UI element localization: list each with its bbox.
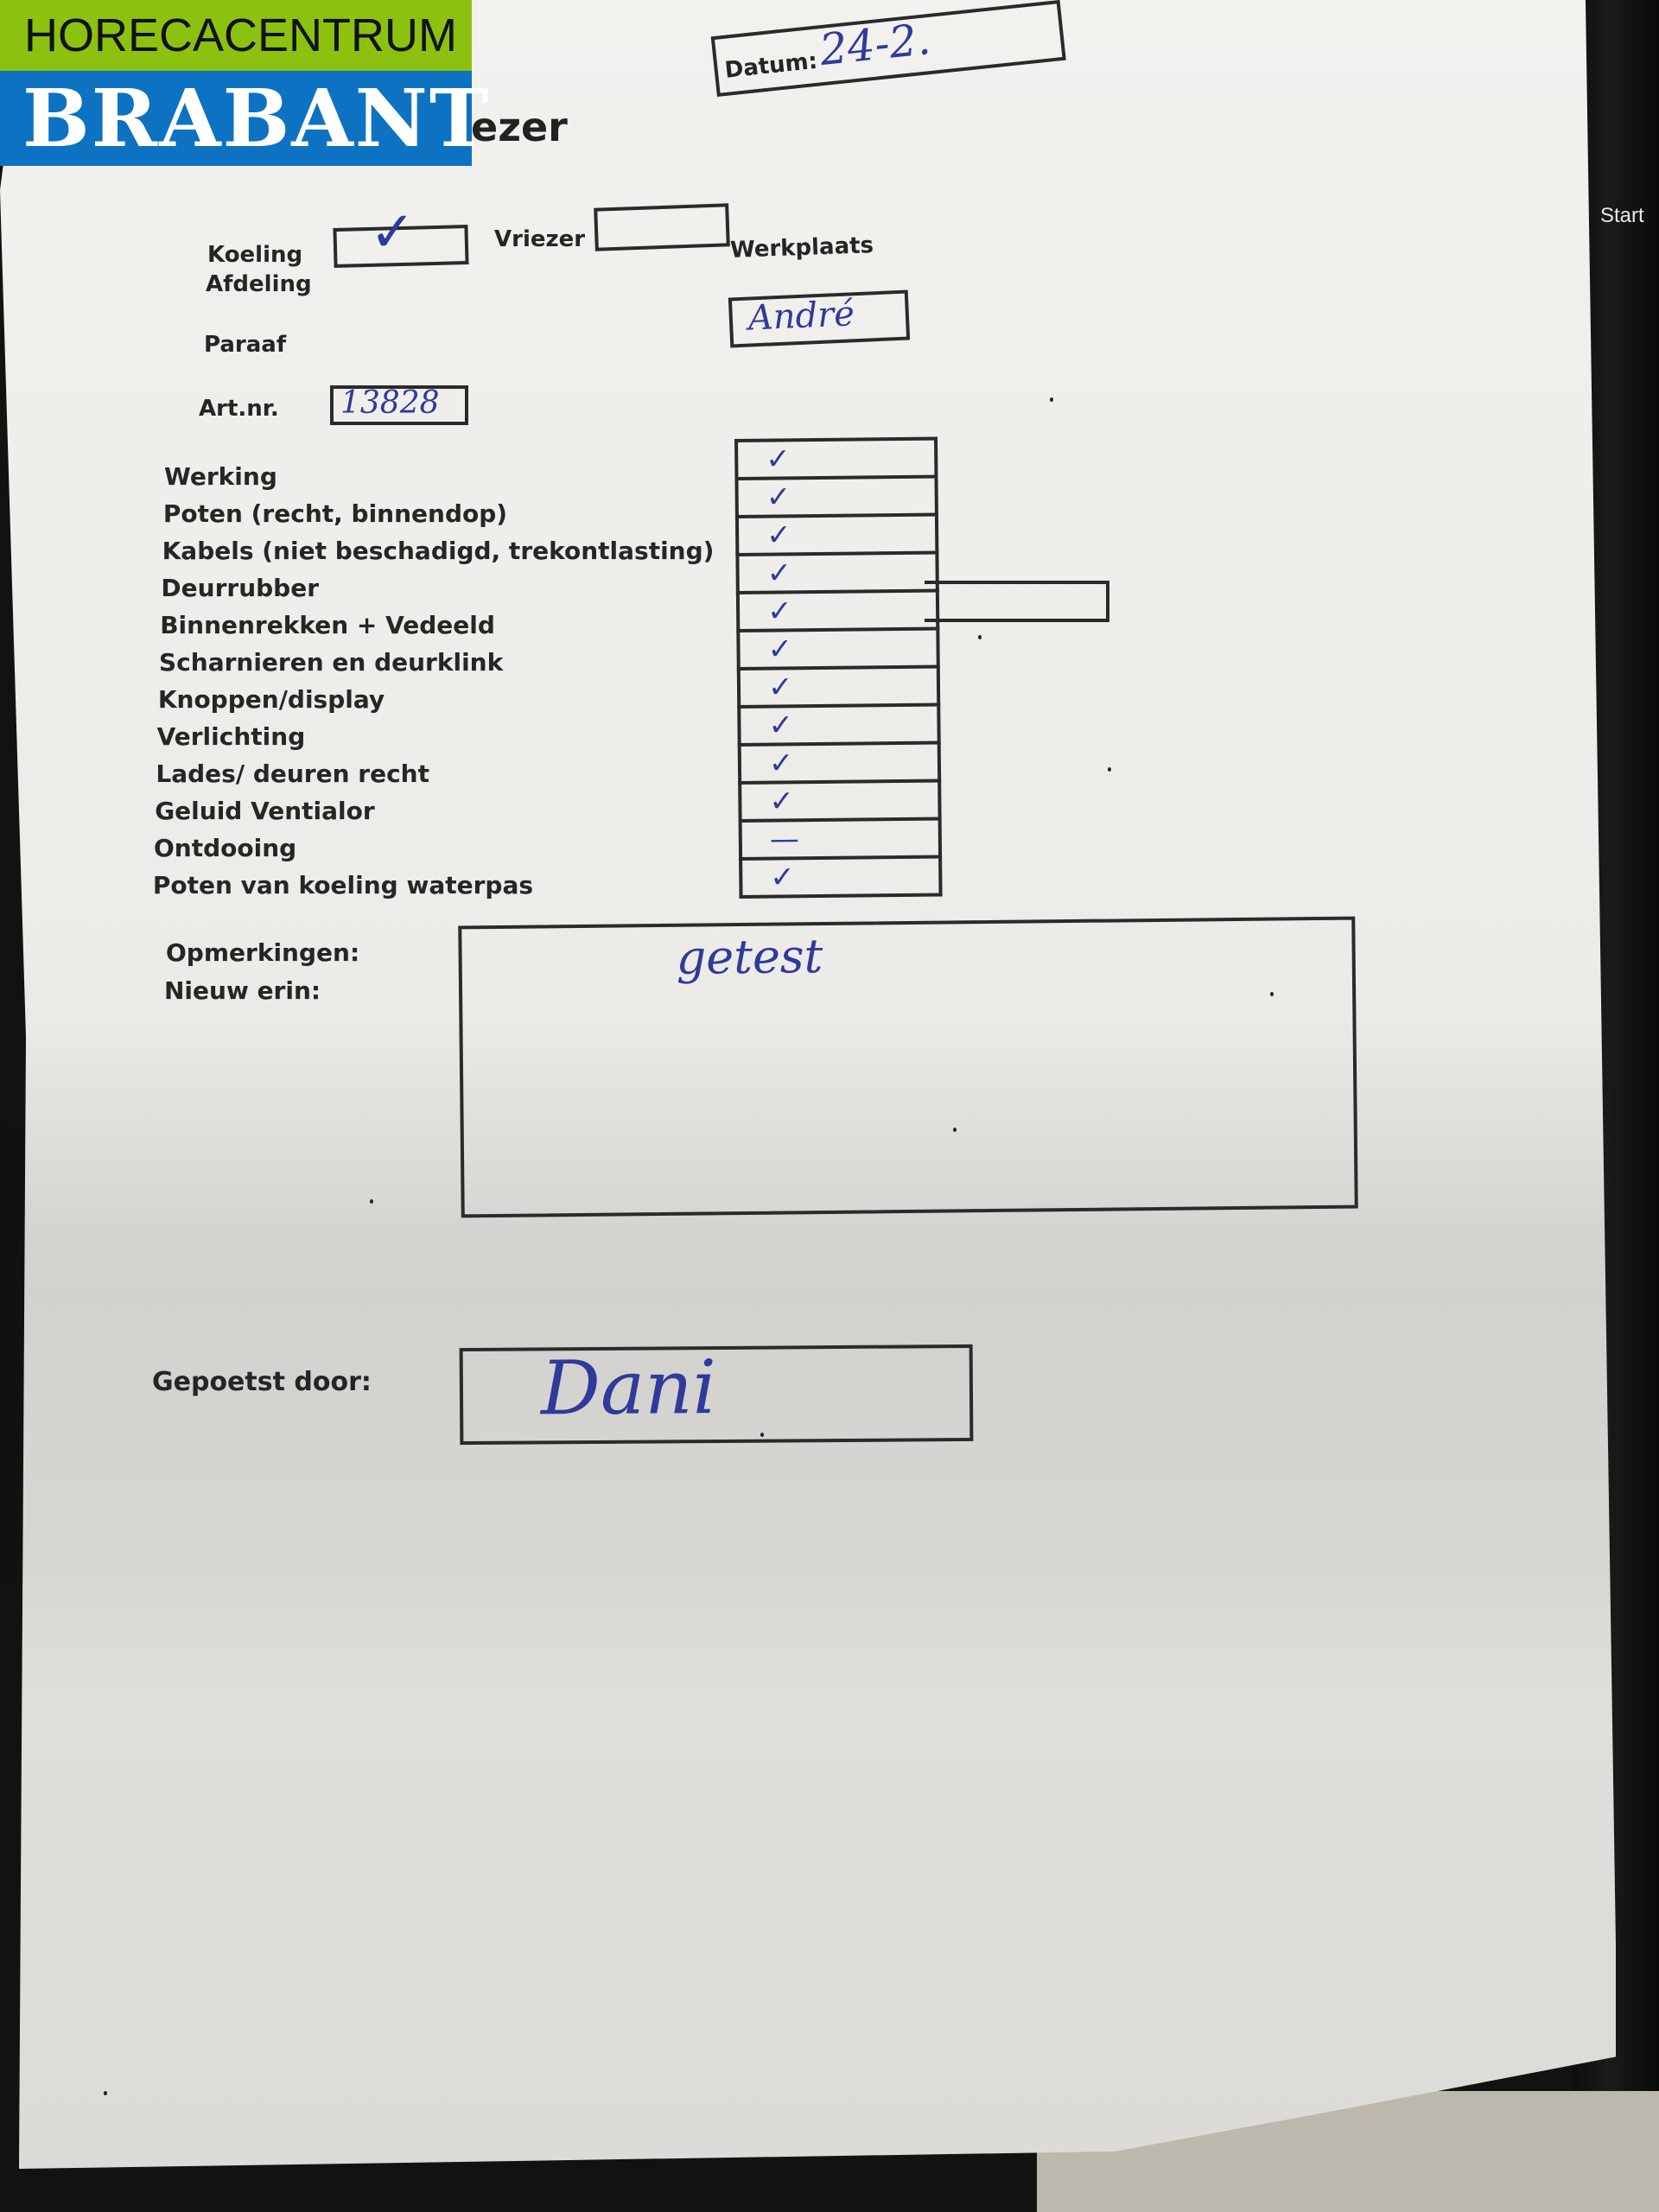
checklist-item-label: Poten van koeling waterpas: [153, 867, 715, 904]
checklist-checkbox[interactable]: ✓: [738, 783, 941, 823]
check-mark-icon: ✓: [766, 518, 791, 552]
paper-speck: [104, 2091, 107, 2095]
check-mark-icon: ✓: [766, 442, 791, 476]
check-mark-icon: ✓: [768, 670, 793, 704]
paper-speck: [370, 1199, 373, 1204]
check-mark-icon: ✓: [769, 746, 794, 780]
checklist-item-label: Verlichting: [157, 718, 715, 755]
remarks-field[interactable]: getest: [458, 917, 1357, 1218]
vriezer-label: Vriezer: [494, 226, 585, 252]
koeling-label: Koeling: [207, 242, 302, 268]
paper-speck: [953, 1128, 957, 1132]
koeling-check-mark: ✓: [369, 200, 417, 265]
checklist-item-label: Binnenrekken + Vedeeld: [160, 607, 714, 644]
logo-line-brabant: BRABANT: [0, 71, 472, 166]
checklist-checkbox[interactable]: ✓: [735, 479, 938, 518]
check-mark-icon: ✓: [767, 594, 792, 628]
checklist-item-label: Scharnieren en deurklink: [159, 644, 714, 681]
date-label: Datum:: [723, 48, 818, 84]
check-mark-icon: ✓: [768, 708, 793, 742]
paper-speck: [1270, 992, 1274, 996]
paper-speck: [978, 635, 982, 639]
checklist-checkbox[interactable]: —: [739, 821, 942, 861]
checklist-item-label: Deurrubber: [161, 569, 714, 607]
dash-mark-icon: —: [770, 822, 799, 856]
checklist-checkbox[interactable]: ✓: [735, 517, 938, 556]
koeling-checkbox[interactable]: ✓: [333, 225, 468, 268]
paper-speck: [1108, 767, 1111, 772]
keyboard-start-key-label: Start: [1600, 204, 1644, 228]
vriezer-checkbox[interactable]: [594, 203, 730, 251]
date-value: 24-2.: [817, 14, 933, 75]
checklist-item-label: Poten (recht, binnendop): [163, 495, 715, 532]
checklist-checkbox[interactable]: ✓: [738, 745, 941, 785]
checklist-checkbox[interactable]: ✓: [737, 707, 940, 747]
checklist-checkbox[interactable]: ✓: [735, 555, 938, 594]
checklist-checkbox[interactable]: ✓: [737, 669, 940, 709]
checklist-item-label: Werking: [164, 458, 714, 495]
checklist-item-label: Geluid Ventialor: [155, 792, 714, 829]
remarks-value: getest: [676, 929, 823, 985]
checklist-table: ✓✓✓✓✓✓✓✓✓✓—✓: [734, 437, 943, 899]
afdeling-label: Afdeling: [206, 271, 312, 297]
remarks-label: Opmerkingen:: [166, 938, 359, 967]
checklist-checkbox[interactable]: ✓: [736, 631, 939, 671]
check-mark-icon: ✓: [769, 784, 794, 818]
checklist-checkbox[interactable]: ✓: [739, 859, 942, 899]
checklist-item-label: Knoppen/display: [158, 681, 715, 718]
polished-by-field[interactable]: Dani: [460, 1344, 974, 1445]
artnr-value: 13828: [340, 385, 440, 421]
check-mark-icon: ✓: [767, 632, 792, 666]
artnr-field[interactable]: 13828: [330, 385, 468, 425]
checklist-item-label: Ontdooing: [154, 829, 714, 867]
polished-by-label: Gepoetst door:: [152, 1367, 372, 1397]
checklist-extra-field[interactable]: [925, 581, 1109, 622]
checklist-item-label: Lades/ deuren recht: [156, 755, 714, 792]
werkplaats-label: Werkplaats: [730, 232, 874, 264]
paraaf-label: Paraaf: [204, 332, 286, 358]
check-mark-icon: ✓: [766, 556, 791, 590]
paraaf-field[interactable]: André: [728, 289, 910, 347]
logo-line-horecacentrum: HORECACENTRUM: [0, 0, 472, 71]
paper-speck: [1050, 397, 1053, 402]
checklist-labels: WerkingPoten (recht, binnendop)Kabels (n…: [164, 458, 714, 904]
artnr-label: Art.nr.: [199, 396, 279, 422]
paper-speck: [760, 1433, 764, 1437]
polished-by-value: Dani: [541, 1344, 717, 1432]
check-mark-icon: ✓: [770, 860, 795, 894]
check-mark-icon: ✓: [766, 480, 791, 514]
brand-logo: HORECACENTRUM BRABANT: [0, 0, 472, 166]
checklist-item-label: Kabels (niet beschadigd, trekontlasting): [162, 532, 715, 569]
checklist-checkbox[interactable]: ✓: [736, 593, 939, 632]
new-in-label: Nieuw erin:: [164, 976, 321, 1005]
checklist-checkbox[interactable]: ✓: [734, 437, 938, 480]
paraaf-value: André: [747, 294, 855, 338]
